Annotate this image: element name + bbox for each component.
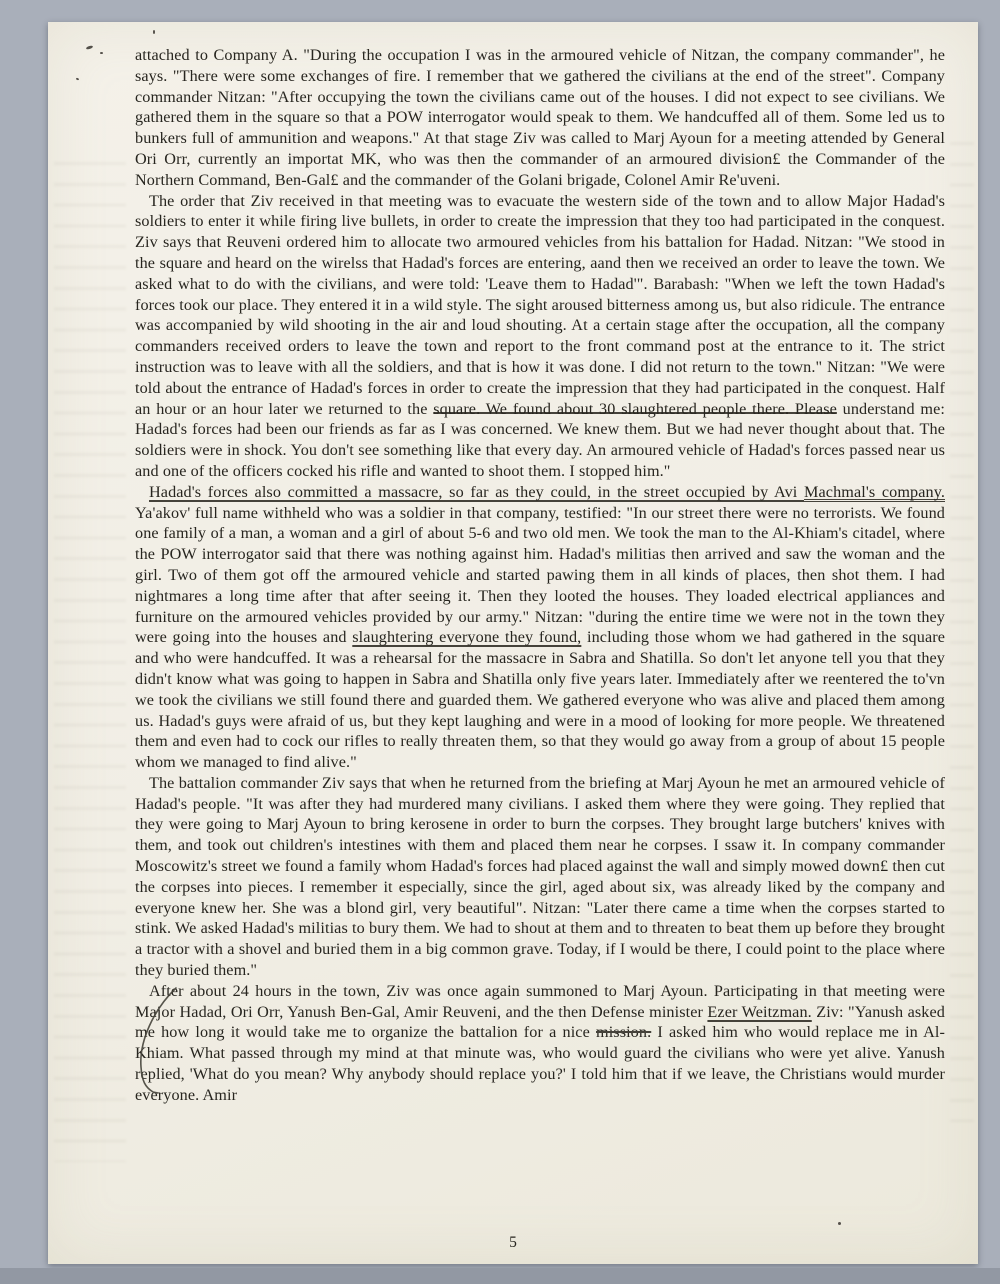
text-segment: The order that Ziv received in that meet… [135, 192, 945, 418]
pen-marked-text: slaughtering everyone they found, [352, 628, 581, 646]
page-number: 5 [48, 1234, 978, 1252]
document-text: attached to Company A. "During the occup… [135, 45, 945, 1106]
paragraph: attached to Company A. "During the occup… [135, 45, 945, 191]
text-segment: Ya'akov' full name withheld who was a so… [135, 504, 945, 647]
paragraph: The order that Ziv received in that meet… [135, 191, 945, 482]
ink-speck [153, 30, 155, 34]
document-page: attached to Company A. "During the occup… [48, 22, 978, 1264]
bleed-through-ghost [950, 142, 974, 1122]
ink-speck [76, 77, 80, 80]
paragraph: The battalion commander Ziv says that wh… [135, 773, 945, 981]
pen-marked-text: square. We found about 30 slaughtered pe… [433, 400, 837, 418]
pen-marked-text: Hadad's forces also committed a massacre… [149, 483, 804, 501]
bleed-through-ghost [54, 162, 126, 1162]
ink-speck [100, 52, 103, 54]
text-segment: attached to Company A. "During the occup… [135, 46, 945, 189]
pen-marked-text: Ezer Weitzman. [707, 1003, 811, 1021]
scan-edge-band [0, 1268, 1000, 1284]
text-segment: The battalion commander Ziv says that wh… [135, 774, 945, 979]
pen-marked-text: mission. [596, 1023, 651, 1041]
ink-speck [86, 45, 94, 50]
ink-speck [838, 1222, 841, 1225]
paragraph: Hadad's forces also committed a massacre… [135, 482, 945, 773]
pen-marked-text: Machmal's company. [804, 483, 945, 501]
text-segment: including those whom we had gathered in … [135, 628, 945, 771]
paragraph: After about 24 hours in the town, Ziv wa… [135, 981, 945, 1106]
